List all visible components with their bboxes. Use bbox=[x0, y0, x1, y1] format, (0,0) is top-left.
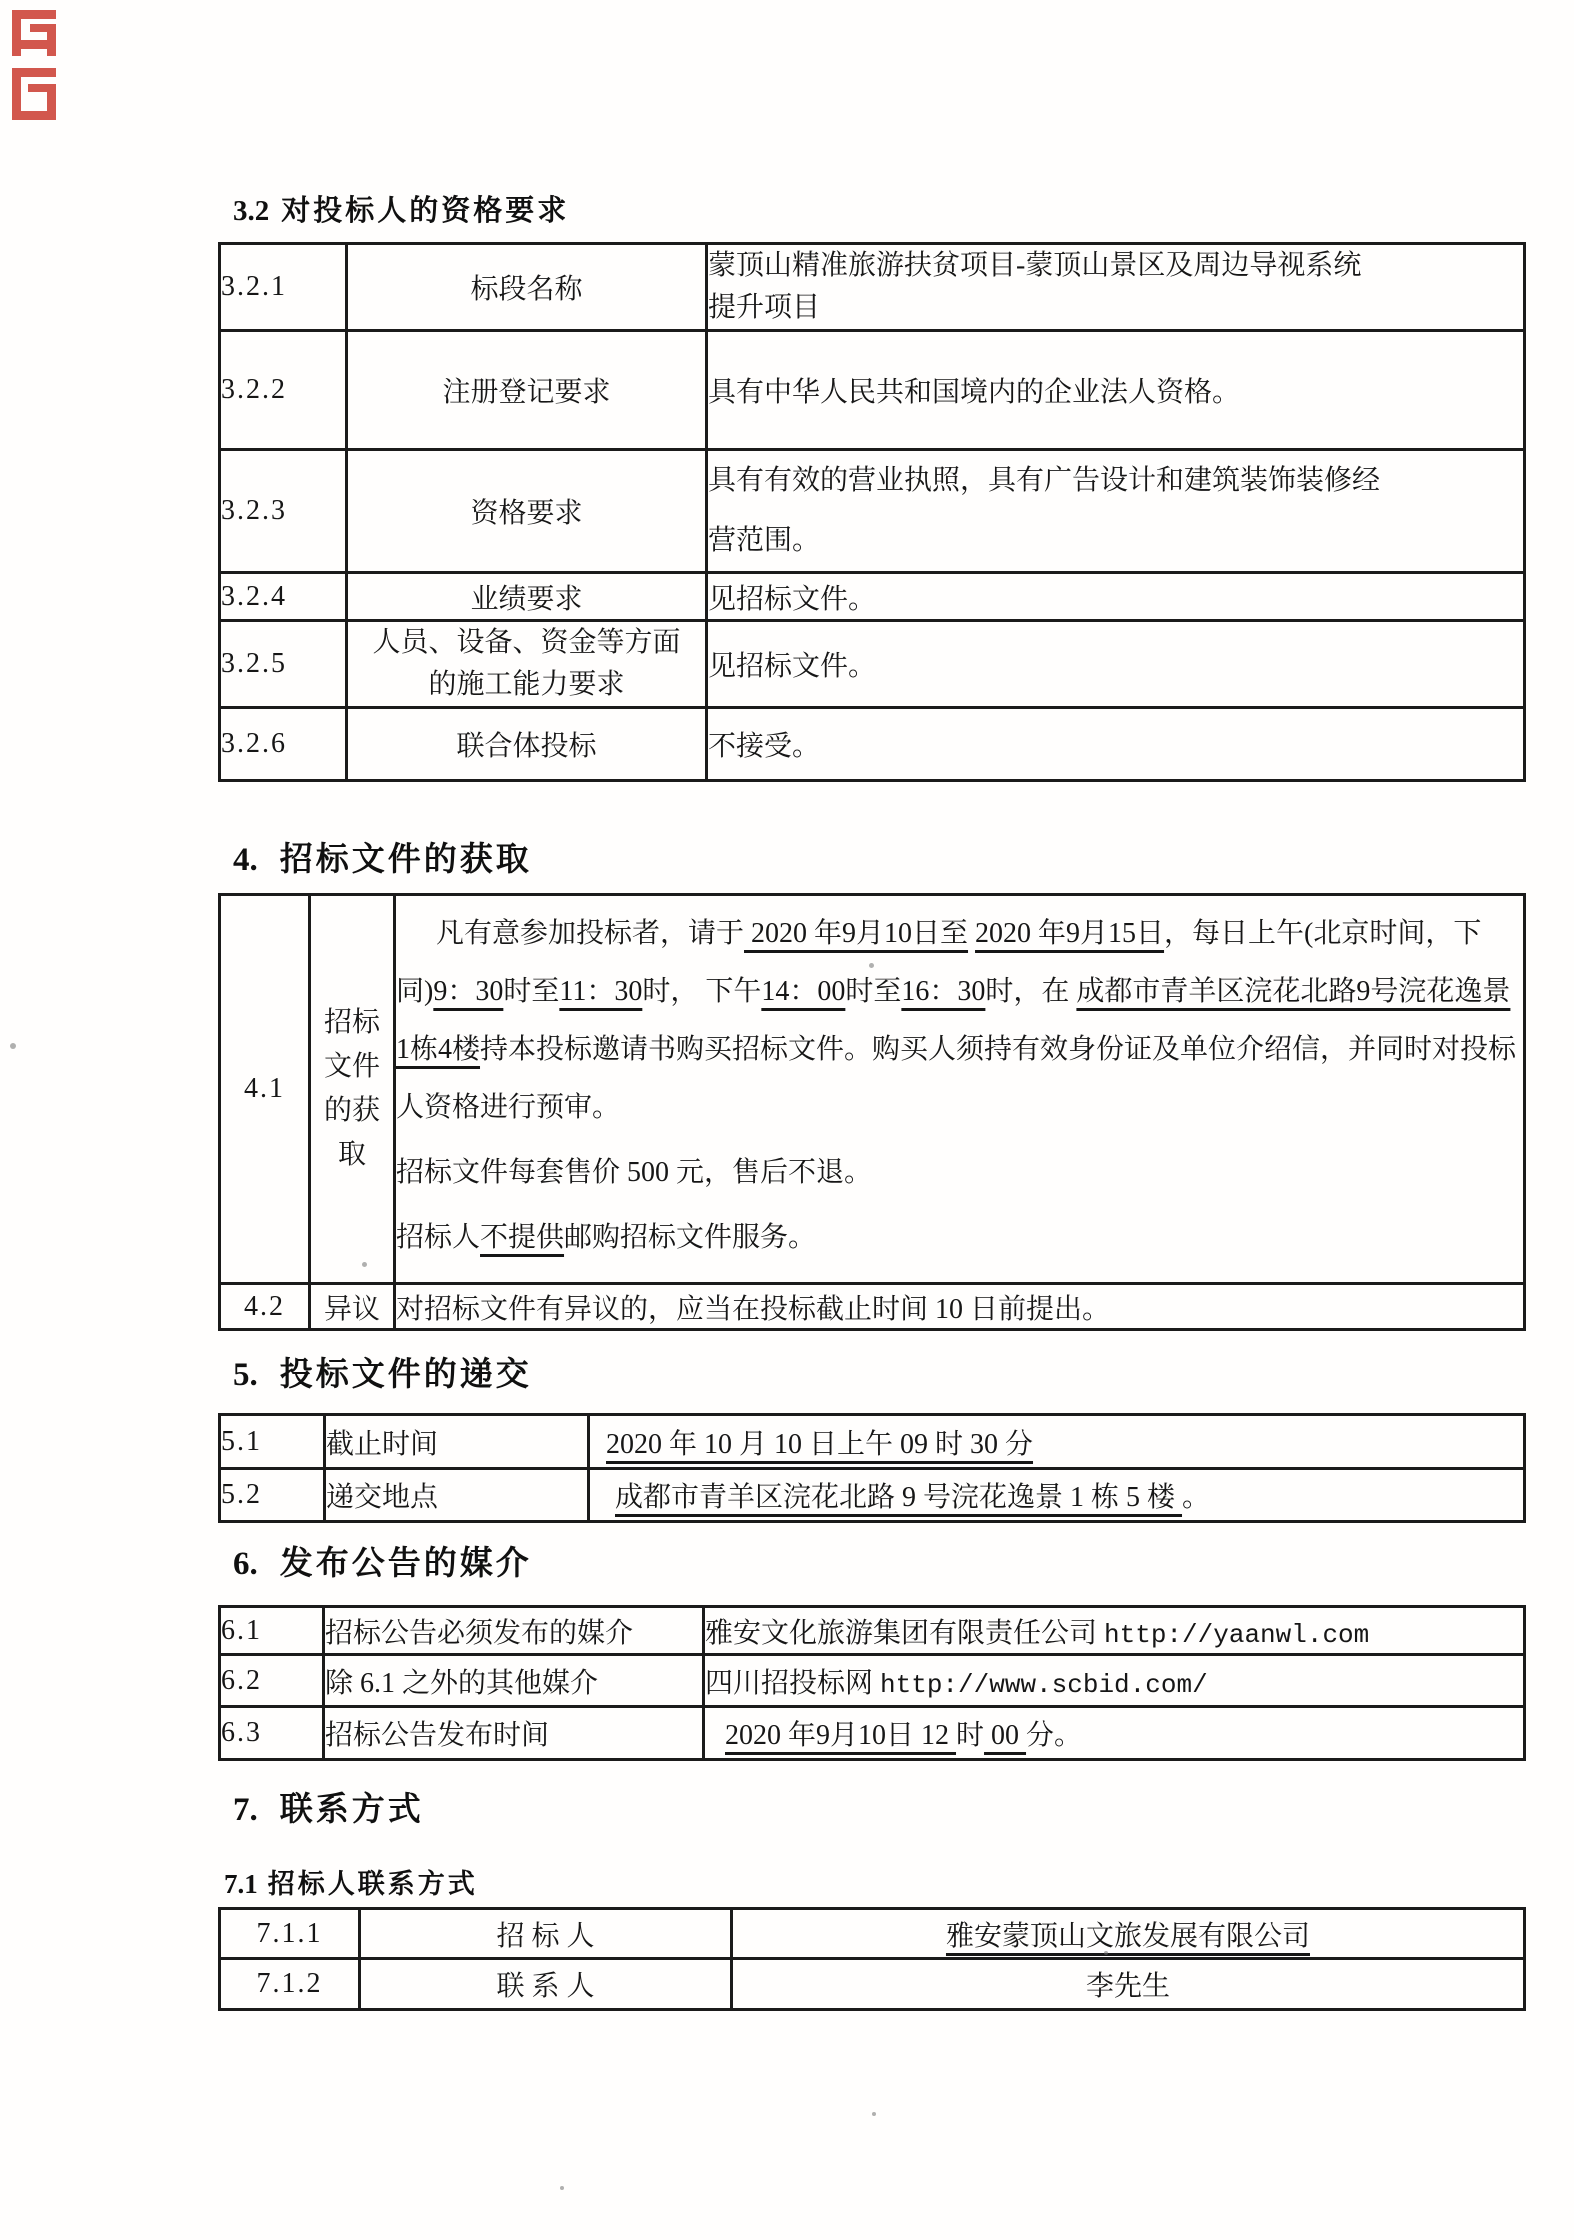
contact-table: 7.1.1 招 标 人 雅安蒙顶山文旅发展有限公司 7.1.2 联 系 人 李先… bbox=[218, 1907, 1526, 2011]
row-number: 6.1 bbox=[220, 1607, 324, 1655]
row-label: 人员、设备、资金等方面 的施工能力要求 bbox=[347, 621, 707, 708]
no-mail-order-paragraph: 招标人不提供邮购招标文件服务。 bbox=[396, 1209, 1523, 1267]
row-value: 具有中华人民共和国境内的企业法人资格。 bbox=[707, 331, 1525, 450]
acquisition-paragraph: 凡有意参加投标者，请于 2020 年9月10日至 2020 年9月15日，每日上… bbox=[396, 905, 1523, 1137]
section-heading-7: 7. 联系方式 bbox=[233, 1783, 424, 1830]
row-value: 2020 年 10 月 10 日上午 09 时 30 分 bbox=[589, 1415, 1525, 1469]
section-title: 招标人联系方式 bbox=[268, 1862, 478, 1901]
row-value: 雅安文化旅游集团有限责任公司 http://yaanwl.com bbox=[704, 1607, 1525, 1655]
row-label: 注册登记要求 bbox=[347, 331, 707, 450]
table-row: 3.2.4 业绩要求 见招标文件。 bbox=[220, 573, 1525, 621]
row-label: 异议 bbox=[310, 1284, 395, 1330]
row-value: 见招标文件。 bbox=[707, 573, 1525, 621]
table-row: 6.2 除 6.1 之外的其他媒介 四川招投标网 http://www.scbi… bbox=[220, 1655, 1525, 1707]
scan-speck bbox=[560, 2186, 564, 2190]
row-value: 蒙顶山精准旅游扶贫项目-蒙顶山景区及周边导视系统 提升项目 bbox=[707, 244, 1525, 331]
row-number: 4.1 bbox=[220, 895, 310, 1284]
scan-speck bbox=[10, 1043, 16, 1049]
row-label: 截止时间 bbox=[325, 1415, 589, 1469]
section-number: 7.1 bbox=[224, 1869, 258, 1900]
qualification-table: 3.2.1 标段名称 蒙顶山精准旅游扶贫项目-蒙顶山景区及周边导视系统 提升项目… bbox=[218, 242, 1526, 782]
row-value: 对招标文件有异议的，应当在投标截止时间 10 日前提出。 bbox=[395, 1284, 1525, 1330]
table-row: 6.1 招标公告必须发布的媒介 雅安文化旅游集团有限责任公司 http://ya… bbox=[220, 1607, 1525, 1655]
row-label: 联 系 人 bbox=[360, 1959, 732, 2010]
table-row: 3.2.3 资格要求 具有有效的营业执照，具有广告设计和建筑装饰装修经 营范围。 bbox=[220, 450, 1525, 573]
row-label: 除 6.1 之外的其他媒介 bbox=[324, 1655, 704, 1707]
scan-speck bbox=[362, 1262, 367, 1267]
section-number: 4. bbox=[233, 842, 258, 879]
row-label: 招标公告发布时间 bbox=[324, 1707, 704, 1760]
row-value: 李先生 bbox=[732, 1959, 1525, 2010]
section-number: 3.2 bbox=[233, 195, 269, 228]
row-label: 招标 文件 的获 取 bbox=[310, 895, 395, 1284]
row-value: 2020 年9月10日 12 时 00 分。 bbox=[704, 1707, 1525, 1760]
row-number: 7.1.2 bbox=[220, 1959, 360, 2010]
section-heading-7-1: 7.1 招标人联系方式 bbox=[224, 1862, 478, 1901]
scan-speck bbox=[872, 2112, 876, 2116]
row-value: 雅安蒙顶山文旅发展有限公司 bbox=[732, 1909, 1525, 1959]
table-row: 3.2.5 人员、设备、资金等方面 的施工能力要求 见招标文件。 bbox=[220, 621, 1525, 708]
row-number: 3.2.5 bbox=[220, 621, 347, 708]
section-title: 投标文件的递交 bbox=[280, 1348, 532, 1395]
table-row: 6.3 招标公告发布时间 2020 年9月10日 12 时 00 分。 bbox=[220, 1707, 1525, 1760]
row-value: 成都市青羊区浣花北路 9 号浣花逸景 1 栋 5 楼 。 bbox=[589, 1469, 1525, 1522]
table-row: 4.2 异议 对招标文件有异议的，应当在投标截止时间 10 日前提出。 bbox=[220, 1284, 1525, 1330]
row-value: 见招标文件。 bbox=[707, 621, 1525, 708]
section-number: 6. bbox=[233, 1546, 258, 1583]
row-label: 招 标 人 bbox=[360, 1909, 732, 1959]
row-label: 资格要求 bbox=[347, 450, 707, 573]
section-heading-6: 6. 发布公告的媒介 bbox=[233, 1537, 532, 1584]
scan-speck bbox=[869, 963, 874, 968]
row-number: 3.2.3 bbox=[220, 450, 347, 573]
section-number: 5. bbox=[233, 1357, 258, 1394]
table-row: 7.1.1 招 标 人 雅安蒙顶山文旅发展有限公司 bbox=[220, 1909, 1525, 1959]
section-heading-3-2: 3.2 对投标人的资格要求 bbox=[233, 188, 569, 229]
acquisition-table: 4.1 招标 文件 的获 取 凡有意参加投标者，请于 2020 年9月10日至 … bbox=[218, 893, 1526, 1331]
red-stamp-artifact bbox=[8, 8, 66, 128]
row-label: 递交地点 bbox=[325, 1469, 589, 1522]
section-heading-4: 4. 招标文件的获取 bbox=[233, 833, 532, 880]
price-paragraph: 招标文件每套售价 500 元，售后不退。 bbox=[396, 1144, 1523, 1202]
row-number: 3.2.4 bbox=[220, 573, 347, 621]
scan-speck bbox=[1104, 1951, 1108, 1955]
row-value: 不接受。 bbox=[707, 708, 1525, 781]
table-row: 3.2.2 注册登记要求 具有中华人民共和国境内的企业法人资格。 bbox=[220, 331, 1525, 450]
row-number: 6.2 bbox=[220, 1655, 324, 1707]
row-label: 业绩要求 bbox=[347, 573, 707, 621]
table-row: 5.2 递交地点 成都市青羊区浣花北路 9 号浣花逸景 1 栋 5 楼 。 bbox=[220, 1469, 1525, 1522]
row-number: 7.1.1 bbox=[220, 1909, 360, 1959]
section-heading-5: 5. 投标文件的递交 bbox=[233, 1348, 532, 1395]
submission-table: 5.1 截止时间 2020 年 10 月 10 日上午 09 时 30 分 5.… bbox=[218, 1413, 1526, 1523]
table-row: 5.1 截止时间 2020 年 10 月 10 日上午 09 时 30 分 bbox=[220, 1415, 1525, 1469]
row-number: 4.2 bbox=[220, 1284, 310, 1330]
row-number: 6.3 bbox=[220, 1707, 324, 1760]
row-label: 标段名称 bbox=[347, 244, 707, 331]
section-title: 联系方式 bbox=[280, 1783, 424, 1830]
section-title: 发布公告的媒介 bbox=[280, 1537, 532, 1584]
section-title: 招标文件的获取 bbox=[280, 833, 532, 880]
row-value: 凡有意参加投标者，请于 2020 年9月10日至 2020 年9月15日，每日上… bbox=[395, 895, 1525, 1284]
section-number: 7. bbox=[233, 1792, 258, 1829]
scanned-document-page: 3.2 对投标人的资格要求 3.2.1 标段名称 蒙顶山精准旅游扶贫项目-蒙顶山… bbox=[0, 0, 1574, 2240]
row-label: 招标公告必须发布的媒介 bbox=[324, 1607, 704, 1655]
media-table: 6.1 招标公告必须发布的媒介 雅安文化旅游集团有限责任公司 http://ya… bbox=[218, 1605, 1526, 1761]
row-label: 联合体投标 bbox=[347, 708, 707, 781]
row-number: 3.2.1 bbox=[220, 244, 347, 331]
row-number: 3.2.2 bbox=[220, 331, 347, 450]
section-title: 对投标人的资格要求 bbox=[281, 188, 569, 229]
row-number: 3.2.6 bbox=[220, 708, 347, 781]
table-row: 3.2.1 标段名称 蒙顶山精准旅游扶贫项目-蒙顶山景区及周边导视系统 提升项目 bbox=[220, 244, 1525, 331]
row-value: 四川招投标网 http://www.scbid.com/ bbox=[704, 1655, 1525, 1707]
row-number: 5.1 bbox=[220, 1415, 325, 1469]
row-number: 5.2 bbox=[220, 1469, 325, 1522]
table-row: 4.1 招标 文件 的获 取 凡有意参加投标者，请于 2020 年9月10日至 … bbox=[220, 895, 1525, 1284]
table-row: 7.1.2 联 系 人 李先生 bbox=[220, 1959, 1525, 2010]
table-row: 3.2.6 联合体投标 不接受。 bbox=[220, 708, 1525, 781]
row-value: 具有有效的营业执照，具有广告设计和建筑装饰装修经 营范围。 bbox=[707, 450, 1525, 573]
